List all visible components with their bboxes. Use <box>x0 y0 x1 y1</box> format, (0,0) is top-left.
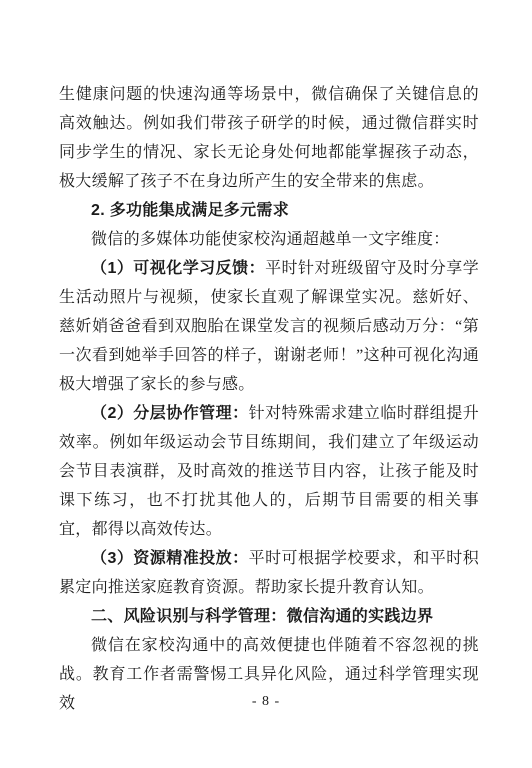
heading-risk-identification: 二、风险识别与科学管理：微信沟通的实践边界 <box>59 602 479 631</box>
bold-lead-layered-collaboration: （2）分层协作管理： <box>91 405 249 422</box>
paragraph-layered-collaboration: （2）分层协作管理：针对特殊需求建立临时群组提升效率。例如年级运动会节目练期间，… <box>59 399 479 544</box>
document-page: 生健康问题的快速沟通等场景中，微信确保了关键信息的高效触达。例如我们带孩子研学的… <box>0 0 532 768</box>
bold-lead-visual-feedback: （1）可视化学习反馈： <box>91 260 265 277</box>
page-number: - 8 - <box>0 694 532 710</box>
bold-lead-resource-targeting: （3）资源精准投放： <box>91 550 249 567</box>
paragraph-text: 针对特殊需求建立临时群组提升效率。例如年级运动会节目练期间，我们建立了年级运动会… <box>59 405 479 538</box>
paragraph-multimedia-intro: 微信的多媒体功能使家校沟通超越单一文字维度： <box>59 225 479 254</box>
page-body-text: 生健康问题的快速沟通等场景中，微信确保了关键信息的高效触达。例如我们带孩子研学的… <box>59 80 479 718</box>
heading-multifunction-integration: 2. 多功能集成满足多元需求 <box>59 196 479 225</box>
paragraph-text: 平时针对班级留守及时分享学生活动照片与视频，使家长直观了解课堂实况。慈妡好、慈妡… <box>59 260 479 393</box>
paragraph-continued-from-previous-page: 生健康问题的快速沟通等场景中，微信确保了关键信息的高效触达。例如我们带孩子研学的… <box>59 80 479 196</box>
paragraph-visual-learning-feedback: （1）可视化学习反馈：平时针对班级留守及时分享学生活动照片与视频，使家长直观了解… <box>59 254 479 399</box>
paragraph-resource-targeting: （3）资源精准投放：平时可根据学校要求，和平时积累定向推送家庭教育资源。帮助家长… <box>59 544 479 602</box>
